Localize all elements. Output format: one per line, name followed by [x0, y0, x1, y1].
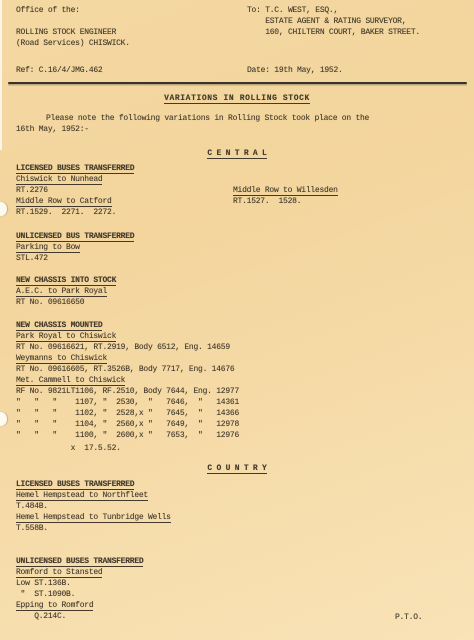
intro-line-1: Please note the following variations in … [16, 113, 474, 124]
vehicle-numbers: RT No. 09616650 [16, 297, 474, 308]
sender-block: Office of the: ROLLING STOCK ENGINEER (R… [16, 5, 130, 76]
route-heading: Park Royal to Chiswick [16, 332, 116, 342]
header-divider-rule [8, 82, 467, 84]
route-heading: Middle Row to Catford [16, 197, 112, 207]
office-label: Office of the: [16, 5, 130, 16]
route-heading: Hemel Hempstead to Tunbridge Wells [16, 513, 171, 523]
pto-note: P.T.O. [395, 612, 422, 623]
subsection-title: UNLICENSED BUSES TRANSFERRED [16, 557, 143, 567]
route-heading-row: Hemel Hempstead to Tunbridge Wells [16, 512, 474, 523]
ditto-row: " " " 1100, " 2600,x " 7653, " 12976 [16, 430, 474, 441]
chassis-detail: RT No. 09616621, RT.2919, Body 6512, Eng… [16, 342, 474, 353]
subsection-title: UNLICENSED BUS TRANSFERRED [16, 232, 134, 242]
vehicle-numbers: T.558B. [16, 523, 474, 534]
route-heading-row: Romford to Stansted [16, 567, 474, 578]
central-licensed-section: LICENSED BUSES TRANSFERRED Chiswick to N… [0, 163, 474, 218]
route-heading-row: A.E.C. to Park Royal [16, 286, 474, 297]
route-heading: Epping to Romford [16, 601, 93, 611]
section-heading-central: C E N T R A L [207, 149, 266, 159]
licensed-right-column: Middle Row to Willesden RT.1527. 1528. [233, 185, 338, 207]
subsection-title-row: NEW CHASSIS INTO STOCK [16, 275, 474, 286]
subsection-title: NEW CHASSIS MOUNTED [16, 321, 102, 331]
route-heading-row: Parking to Bow [16, 242, 474, 253]
route-heading-row: Weymanns to Chiswick [16, 353, 474, 364]
recipient-address: 160, CHILTERN COURT, BAKER STREET. [247, 27, 420, 38]
central-unlicensed-section: UNLICENSED BUS TRANSFERRED Parking to Bo… [0, 231, 474, 264]
vehicle-numbers: Low ST.136B. [16, 578, 474, 589]
document-page: Office of the: ROLLING STOCK ENGINEER (R… [0, 0, 474, 640]
route-heading: Hemel Hempstead to Northfleet [16, 491, 148, 501]
subsection-title: NEW CHASSIS INTO STOCK [16, 276, 116, 286]
date-line: Date: 19th May, 1952. [247, 65, 420, 76]
subsection-title-row: LICENSED BUSES TRANSFERRED [16, 163, 474, 174]
vehicle-numbers: " ST.1090B. [16, 589, 474, 600]
ditto-row: " " " 1102, " 2528,x " 7645, " 14366 [16, 408, 474, 419]
route-heading: Weymanns to Chiswick [16, 354, 107, 364]
route-heading: A.E.C. to Park Royal [16, 287, 107, 297]
route-heading: Romford to Stansted [16, 568, 102, 578]
new-chassis-into-stock-section: NEW CHASSIS INTO STOCK A.E.C. to Park Ro… [0, 275, 474, 308]
subsection-title: LICENSED BUSES TRANSFERRED [16, 164, 134, 174]
route-heading-row: Hemel Hempstead to Northfleet [16, 490, 474, 501]
recipient-block: To: T.C. WEST, ESQ., ESTATE AGENT & RATI… [247, 5, 420, 76]
intro-paragraph: Please note the following variations in … [0, 113, 474, 135]
route-heading-row: Park Royal to Chiswick [16, 331, 474, 342]
document-title: VARIATIONS IN ROLLING STOCK [164, 94, 310, 104]
subsection-title-row: UNLICENSED BUSES TRANSFERRED [16, 556, 474, 567]
date-footnote: x 17.5.52. [16, 443, 474, 454]
route-heading-row: Met. Cammell to Chiswick [16, 375, 474, 386]
office-location: (Road Services) CHISWICK. [16, 38, 130, 49]
chassis-detail: RF No. 9821LT1106, RF.2510, Body 7644, E… [16, 386, 474, 397]
country-licensed-section: LICENSED BUSES TRANSFERRED Hemel Hempste… [0, 479, 474, 534]
ditto-row: " " " 1104, " 2560,x " 7649, " 12978 [16, 419, 474, 430]
section-heading-country: C O U N T R Y [207, 464, 266, 474]
subsection-title: LICENSED BUSES TRANSFERRED [16, 480, 134, 490]
vehicle-numbers: T.484B. [16, 501, 474, 512]
title-row: VARIATIONS IN ROLLING STOCK [0, 93, 474, 104]
chassis-detail: RT No. 09616605, RT.3526B, Body 7717, En… [16, 364, 474, 375]
recipient-title: ESTATE AGENT & RATING SURVEYOR, [247, 16, 420, 27]
route-heading-row: Middle Row to Willesden [233, 185, 338, 196]
route-heading-row: Chiswick to Nunhead [16, 174, 474, 185]
ref-line: Ref: C.16/4/JMG.462 [16, 65, 130, 76]
route-heading: Parking to Bow [16, 243, 80, 253]
licensed-two-columns: Chiswick to Nunhead RT.2276 Middle Row t… [16, 174, 474, 218]
route-heading: Middle Row to Willesden [233, 186, 338, 196]
route-heading: Met. Cammell to Chiswick [16, 376, 125, 386]
country-heading-row: C O U N T R Y [0, 463, 474, 474]
central-heading-row: C E N T R A L [0, 148, 474, 159]
recipient-name: To: T.C. WEST, ESQ., [247, 5, 420, 16]
office-name: ROLLING STOCK ENGINEER [16, 27, 130, 38]
subsection-title-row: NEW CHASSIS MOUNTED [16, 320, 474, 331]
subsection-title-row: LICENSED BUSES TRANSFERRED [16, 479, 474, 490]
route-heading-row: Epping to Romford [16, 600, 474, 611]
vehicle-numbers: STL.472 [16, 253, 474, 264]
new-chassis-mounted-section: NEW CHASSIS MOUNTED Park Royal to Chiswi… [0, 320, 474, 454]
vehicle-numbers: RT.1529. 2271. 2272. [16, 207, 474, 218]
vehicle-numbers: RT.1527. 1528. [233, 196, 338, 207]
route-heading: Chiswick to Nunhead [16, 175, 102, 185]
ditto-row: " " " 1107, " 2530, " 7646, " 14361 [16, 397, 474, 408]
intro-line-2: 16th May, 1952:- [16, 124, 474, 135]
subsection-title-row: UNLICENSED BUS TRANSFERRED [16, 231, 474, 242]
letter-header: Office of the: ROLLING STOCK ENGINEER (R… [0, 0, 474, 80]
